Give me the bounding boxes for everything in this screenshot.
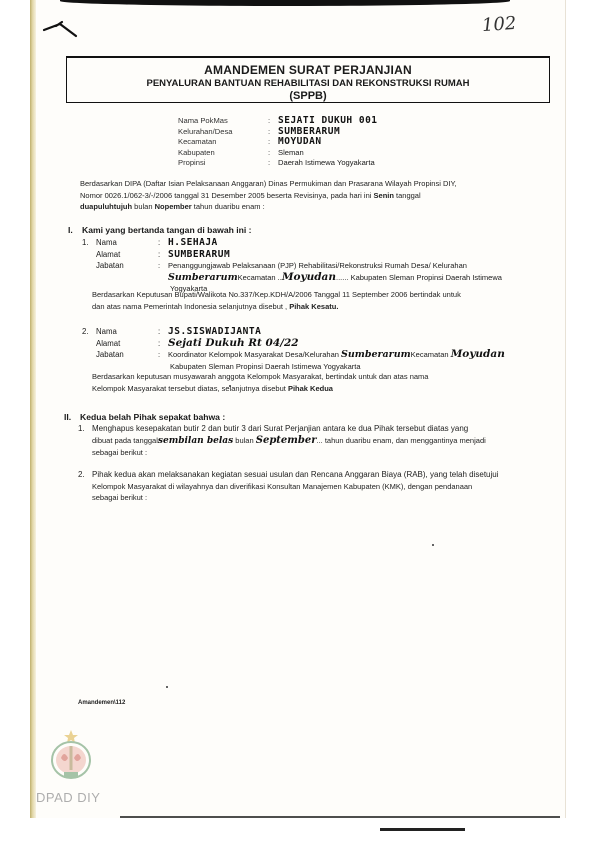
scan-bottom-bar — [380, 828, 465, 831]
identity-value-kabupaten: Sleman — [278, 148, 304, 158]
scan-left-edge — [30, 0, 36, 818]
identity-row-pokmas: Nama PokMas : SEJATI DUKUH 001 — [178, 116, 378, 127]
handwritten-month: September — [256, 435, 317, 446]
identity-row-kabupaten: Kabupaten : Sleman — [178, 148, 378, 159]
party-1-desa: Sumberarum — [168, 272, 238, 283]
scan-speck — [229, 385, 231, 387]
title-line-1: AMANDEMEN SURAT PERJANJIAN — [67, 63, 549, 77]
identity-row-kecamatan: Kecamatan : MOYUDAN — [178, 137, 378, 148]
scan-bottom-edge — [120, 816, 560, 818]
identity-label: Propinsi — [178, 158, 268, 168]
identity-value-propinsi: Daerah Istimewa Yogyakarta — [278, 158, 375, 168]
title-line-2: PENYALURAN BANTUAN REHABILITASI DAN REKO… — [67, 78, 549, 89]
yogyakarta-emblem-icon — [48, 728, 94, 784]
party-1-address: SUMBERARUM — [168, 249, 230, 260]
party-1-name: H.SEHAJA — [168, 237, 218, 248]
party-2-block: 2.Nama:JS.SISWADIJANTA Alamat:Sejati Duk… — [82, 326, 505, 372]
identity-label: Nama PokMas — [178, 116, 268, 126]
document-code: Amandemen\112 — [78, 700, 125, 706]
section-1-heading: I.Kami yang bertanda tangan di bawah ini… — [68, 225, 252, 235]
section-2-item-2: 2.Pihak kedua akan melaksanakan kegiatan… — [78, 469, 548, 504]
identity-row-propinsi: Propinsi : Daerah Istimewa Yogyakarta — [178, 158, 378, 169]
archive-watermark: DPAD DIY — [36, 790, 100, 805]
party-2-basis: Berdasarkan keputusan musyawarah anggota… — [92, 371, 542, 394]
handwritten-page-number: 102 — [481, 13, 517, 36]
title-line-3: (SPPB) — [67, 90, 549, 102]
party-2-kecamatan: Moyudan — [451, 348, 505, 360]
party-2-desa: Sumberarum — [341, 349, 411, 360]
identity-label: Kelurahan/Desa — [178, 127, 268, 137]
party-2-address: Sejati Dukuh Rt 04/22 — [168, 337, 299, 349]
scan-speck — [166, 686, 168, 688]
party-1-kecamatan: Moyudan — [282, 271, 336, 283]
identity-label: Kecamatan — [178, 137, 268, 147]
title-box: AMANDEMEN SURAT PERJANJIAN PENYALURAN BA… — [66, 56, 550, 103]
section-2-heading: II.Kedua belah Pihak sepakat bahwa : — [64, 412, 225, 422]
identity-value-kecamatan: MOYUDAN — [278, 137, 322, 147]
identity-value-pokmas: SEJATI DUKUH 001 — [278, 116, 378, 126]
section-2-item-1: 1.Menghapus kesepakatan butir 2 dan buti… — [78, 423, 548, 459]
identity-value-kelurahan: SUMBERARUM — [278, 127, 340, 137]
scan-speck — [432, 544, 434, 546]
identity-label: Kabupaten — [178, 148, 268, 158]
handwritten-date: sembilan belas — [158, 436, 233, 446]
intro-paragraph: Berdasarkan DIPA (Daftar Isian Pelaksana… — [80, 178, 550, 213]
party-1-block: 1.Nama:H.SEHAJA Alamat:SUMBERARUM Jabata… — [82, 237, 502, 295]
handwritten-check-mark-icon — [42, 20, 82, 40]
party-2-name: JS.SISWADIJANTA — [168, 326, 261, 337]
identity-table: Nama PokMas : SEJATI DUKUH 001 Kelurahan… — [178, 116, 378, 169]
party-1-basis: Berdasarkan Keputusan Bupati/Walikota No… — [92, 289, 542, 312]
